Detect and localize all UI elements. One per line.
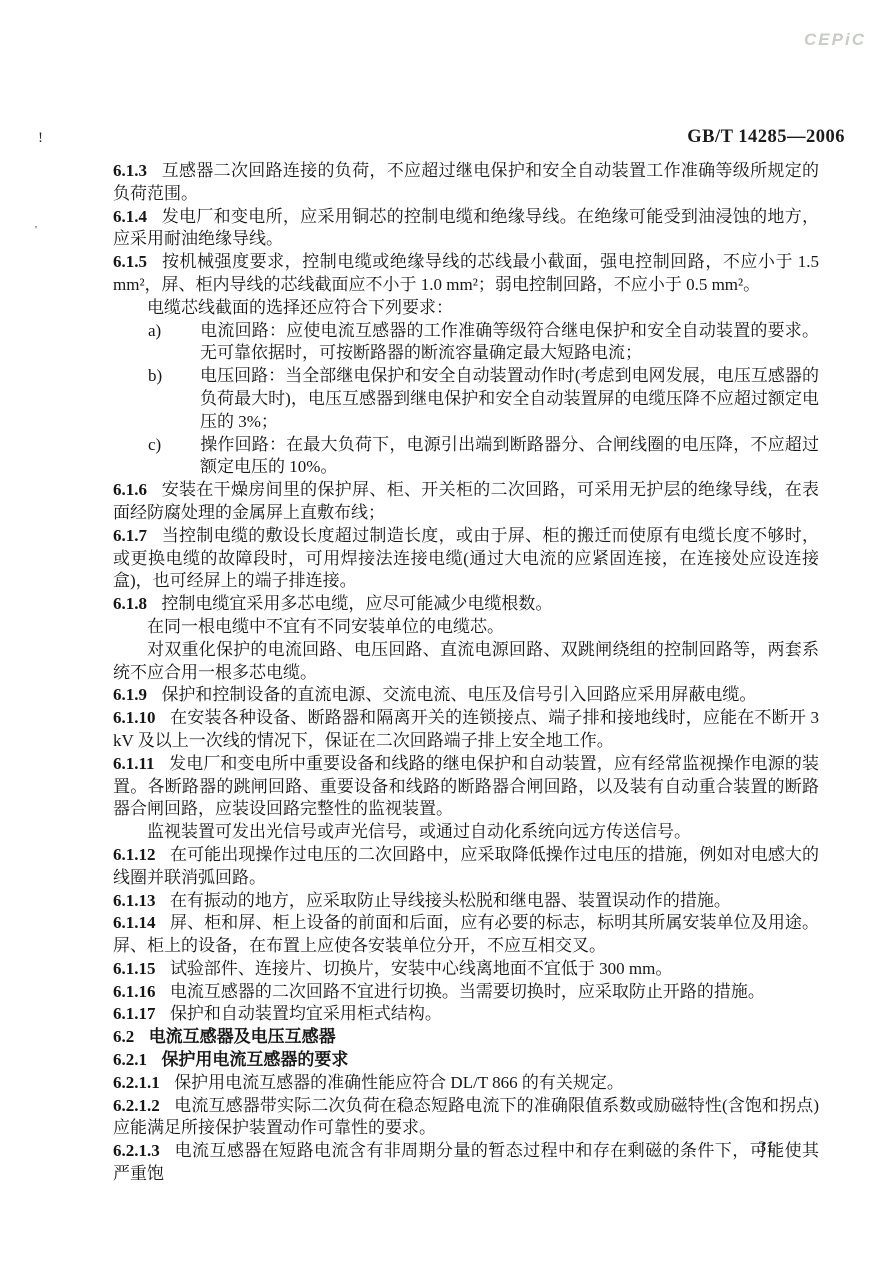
clause-6.2: 6.2电流互感器及电压互感器 [113,1026,819,1049]
clause-number: 6.2 [113,1027,134,1046]
clause-number: 6.1.4 [113,207,147,226]
clause-6.1.13: 6.1.13在有振动的地方，应采取防止导线接头松脱和继电器、装置误动作的措施。 [113,890,819,913]
cepic-watermark: CEPiC [804,30,866,50]
clause-number: 6.1.9 [113,685,147,704]
clause-number: 6.1.15 [113,959,156,978]
paragraph: 在同一根电缆中不宜有不同安装单位的电缆芯。 [113,616,819,639]
clause-6.1.5: 6.1.5按机械强度要求，控制电缆或绝缘导线的芯线最小截面，强电控制回路，不应小… [113,251,819,297]
clause-text: 在同一根电缆中不宜有不同安装单位的电缆芯。 [147,617,504,636]
clause-text: 在可能出现操作过电压的二次回路中，应采取降低操作过电压的措施，例如对电感大的线圈… [113,845,819,887]
clause-text: 电压回路：当全部继电保护和安全自动装置动作时(考虑到电网发展，电压互感器的负荷最… [200,366,819,431]
clause-text: 电流互感器及电压互感器 [149,1027,336,1046]
clause-number: 6.2.1.2 [113,1096,160,1115]
clause-text: 安装在干燥房间里的保护屏、柜、开关柜的二次回路，可采用无护层的绝缘导线，在表面经… [113,480,819,522]
clause-text: 保护和控制设备的直流电源、交流电流、电压及信号引入回路应采用屏蔽电缆。 [161,685,756,704]
clause-number: 6.1.17 [113,1004,156,1023]
clause-6.2.1.3: 6.2.1.3电流互感器在短路电流含有非周期分量的暂态过程中和存在剩磁的条件下，… [113,1140,819,1186]
clause-6.1.3: 6.1.3互感器二次回路连接的负荷，不应超过继电保护和安全自动装置工作准确等级所… [113,160,819,206]
clause-text: 试验部件、连接片、切换片，安装中心线离地面不宜低于 300 mm。 [170,959,672,978]
document-body: 6.1.3互感器二次回路连接的负荷，不应超过继电保护和安全自动装置工作准确等级所… [113,160,819,1186]
paragraph: 监视装置可发出光信号或声光信号，或通过自动化系统向远方传送信号。 [113,821,819,844]
page-number: 31 [758,1139,774,1157]
clause-number: 6.2.1.1 [113,1073,160,1092]
clause-number: 6.1.14 [113,913,156,932]
clause-number: 6.1.7 [113,526,147,545]
clause-text: 在有振动的地方，应采取防止导线接头松脱和继电器、装置误动作的措施。 [170,891,731,910]
clause-number: 6.2.1 [113,1050,147,1069]
clause-text: 在安装各种设备、断路器和隔离开关的连锁接点、端子排和接地线时，应能在不断开 3 … [113,708,819,750]
clause-number: 6.1.8 [113,594,147,613]
clause-text: 屏、柜和屏、柜上设备的前面和后面，应有必要的标志，标明其所属安装单位及用途。屏、… [113,913,819,955]
clause-text: 保护用电流互感器的要求 [161,1050,348,1069]
clause-number: 6.2.1.3 [113,1141,160,1160]
clause-6.1.11: 6.1.11发电厂和变电所中重要设备和线路的继电保护和自动装置，应有经常监视操作… [113,753,819,821]
clause-6.1.17: 6.1.17保护和自动装置均宜采用柜式结构。 [113,1003,819,1026]
clause-6.1.6: 6.1.6安装在干燥房间里的保护屏、柜、开关柜的二次回路，可采用无护层的绝缘导线… [113,479,819,525]
list-marker: a) [148,320,200,343]
clause-text: 电流回路：应使电流互感器的工作准确等级符合继电保护和安全自动装置的要求。无可靠依… [200,321,819,363]
clause-text: 当控制电缆的敷设长度超过制造长度，或由于屏、柜的搬迁而使原有电缆长度不够时，或更… [113,526,819,591]
clause-text: 互感器二次回路连接的负荷，不应超过继电保护和安全自动装置工作准确等级所规定的负荷… [113,161,819,203]
clause-text: 发电厂和变电所，应采用铜芯的控制电缆和绝缘导线。在绝缘可能受到油浸蚀的地方，应采… [113,207,819,249]
clause-text: 对双重化保护的电流回路、电压回路、直流电源回路、双跳闸绕组的控制回路等，两套系统… [113,640,819,682]
clause-text: 保护和自动装置均宜采用柜式结构。 [170,1004,442,1023]
clause-6.1.7: 6.1.7当控制电缆的敷设长度超过制造长度，或由于屏、柜的搬迁而使原有电缆长度不… [113,525,819,593]
clause-number: 6.1.11 [113,754,155,773]
clause-text: 监视装置可发出光信号或声光信号，或通过自动化系统向远方传送信号。 [147,822,691,841]
clause-6.1.14: 6.1.14屏、柜和屏、柜上设备的前面和后面，应有必要的标志，标明其所属安装单位… [113,912,819,958]
clause-6.1.16: 6.1.16电流互感器的二次回路不宜进行切换。当需要切换时，应采取防止开路的措施… [113,981,819,1004]
clause-number: 6.1.13 [113,891,156,910]
clause-text: 电流互感器的二次回路不宜进行切换。当需要切换时，应采取防止开路的措施。 [170,982,765,1001]
clause-text: 控制电缆宜采用多芯电缆，应尽可能减少电缆根数。 [161,594,552,613]
clause-6.1.15: 6.1.15试验部件、连接片、切换片，安装中心线离地面不宜低于 300 mm。 [113,958,819,981]
list-item-b: b)电压回路：当全部继电保护和安全自动装置动作时(考虑到电网发展，电压互感器的负… [113,365,819,433]
clause-number: 6.1.5 [113,252,147,271]
scan-artifact-mark: ! [38,130,43,147]
clause-text: 保护用电流互感器的准确性能应符合 DL/T 866 的有关规定。 [174,1073,624,1092]
clause-number: 6.1.10 [113,708,156,727]
scan-artifact-tick: ' [35,224,37,236]
clause-6.1.10: 6.1.10在安装各种设备、断路器和隔离开关的连锁接点、端子排和接地线时，应能在… [113,707,819,753]
list-item-c: c)操作回路：在最大负荷下，电源引出端到断路器分、合闸线圈的电压降，不应超过额定… [113,434,819,480]
clause-6.2.1: 6.2.1保护用电流互感器的要求 [113,1049,819,1072]
clause-6.1.12: 6.1.12在可能出现操作过电压的二次回路中，应采取降低操作过电压的措施，例如对… [113,844,819,890]
standard-code: GB/T 14285—2006 [687,127,845,148]
clause-text: 电流互感器在短路电流含有非周期分量的暂态过程中和存在剩磁的条件下，可能使其严重饱 [113,1141,819,1183]
clause-number: 6.1.3 [113,161,147,180]
clause-6.1.9: 6.1.9保护和控制设备的直流电源、交流电流、电压及信号引入回路应采用屏蔽电缆。 [113,684,819,707]
clause-number: 6.1.12 [113,845,156,864]
clause-text: 操作回路：在最大负荷下，电源引出端到断路器分、合闸线圈的电压降，不应超过额定电压… [200,435,819,477]
clause-text: 发电厂和变电所中重要设备和线路的继电保护和自动装置，应有经常监视操作电源的装置。… [113,754,819,819]
clause-number: 6.1.6 [113,480,147,499]
paragraph: 对双重化保护的电流回路、电压回路、直流电源回路、双跳闸绕组的控制回路等，两套系统… [113,639,819,685]
list-marker: c) [148,434,200,457]
paragraph: 电缆芯线截面的选择还应符合下列要求： [113,297,819,320]
clause-text: 电流互感器带实际二次负荷在稳态短路电流下的准确限值系数或励磁特性(含饱和拐点)应… [113,1096,819,1138]
list-marker: b) [148,365,200,388]
document-page: CEPiC ! ' GB/T 14285—2006 6.1.3互感器二次回路连接… [0,0,892,1263]
clause-6.2.1.1: 6.2.1.1保护用电流互感器的准确性能应符合 DL/T 866 的有关规定。 [113,1072,819,1095]
clause-6.1.4: 6.1.4发电厂和变电所，应采用铜芯的控制电缆和绝缘导线。在绝缘可能受到油浸蚀的… [113,206,819,252]
clause-text: 电缆芯线截面的选择还应符合下列要求： [147,298,453,317]
clause-number: 6.1.16 [113,982,156,1001]
clause-6.1.8: 6.1.8控制电缆宜采用多芯电缆，应尽可能减少电缆根数。 [113,593,819,616]
list-item-a: a)电流回路：应使电流互感器的工作准确等级符合继电保护和安全自动装置的要求。无可… [113,320,819,366]
clause-text: 按机械强度要求，控制电缆或绝缘导线的芯线最小截面，强电控制回路，不应小于 1.5… [113,252,819,294]
clause-6.2.1.2: 6.2.1.2电流互感器带实际二次负荷在稳态短路电流下的准确限值系数或励磁特性(… [113,1095,819,1141]
